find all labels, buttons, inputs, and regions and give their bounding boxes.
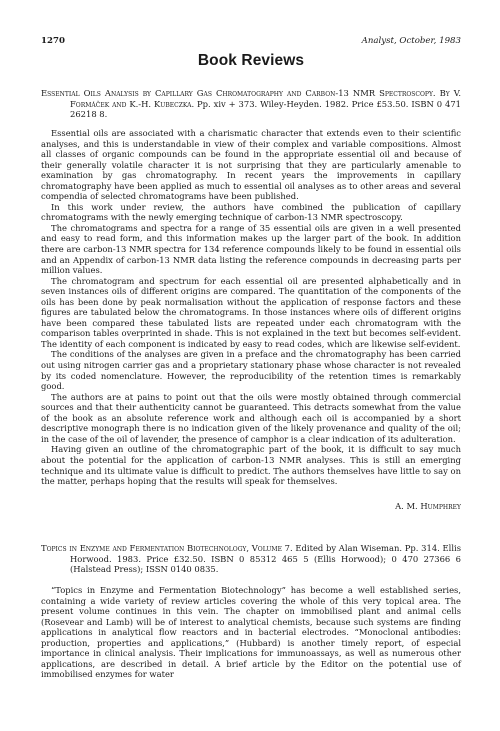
running-head: 1270 Analyst, October, 1983 bbox=[41, 36, 461, 48]
paragraph: In this work under review, the authors h… bbox=[41, 202, 461, 223]
page-number: 1270 bbox=[41, 36, 65, 46]
section-title: Book Reviews bbox=[41, 52, 461, 70]
review-1-body: Essential oils are associated with a cha… bbox=[41, 128, 461, 487]
paragraph: “Topics in Enzyme and Fermentation Biote… bbox=[41, 585, 461, 680]
paragraph: The conditions of the analyses are given… bbox=[41, 349, 461, 391]
paragraph: The authors are at pains to point out th… bbox=[41, 392, 461, 445]
reviewer-signature: A. M. Humphrey bbox=[41, 501, 461, 511]
review-2-body: “Topics in Enzyme and Fermentation Biote… bbox=[41, 585, 461, 680]
book-editor: Edited by Alan Wiseman. bbox=[295, 543, 402, 553]
journal-issue: Analyst, October, 1983 bbox=[362, 36, 461, 46]
paragraph: Having given an outline of the chromatog… bbox=[41, 444, 461, 486]
paragraph: The chromatograms and spectra for a rang… bbox=[41, 223, 461, 276]
review-1-citation: Essential Oils Analysis by Capillary Gas… bbox=[41, 88, 461, 120]
book-title: Essential Oils Analysis by Capillary Gas… bbox=[41, 88, 436, 98]
review-2-citation: Topics in Enzyme and Fermentation Biotec… bbox=[41, 543, 461, 575]
paragraph: The chromatogram and spectrum for each e… bbox=[41, 276, 461, 350]
book-title: Topics in Enzyme and Fermentation Biotec… bbox=[41, 543, 293, 553]
paragraph: Essential oils are associated with a cha… bbox=[41, 128, 461, 202]
